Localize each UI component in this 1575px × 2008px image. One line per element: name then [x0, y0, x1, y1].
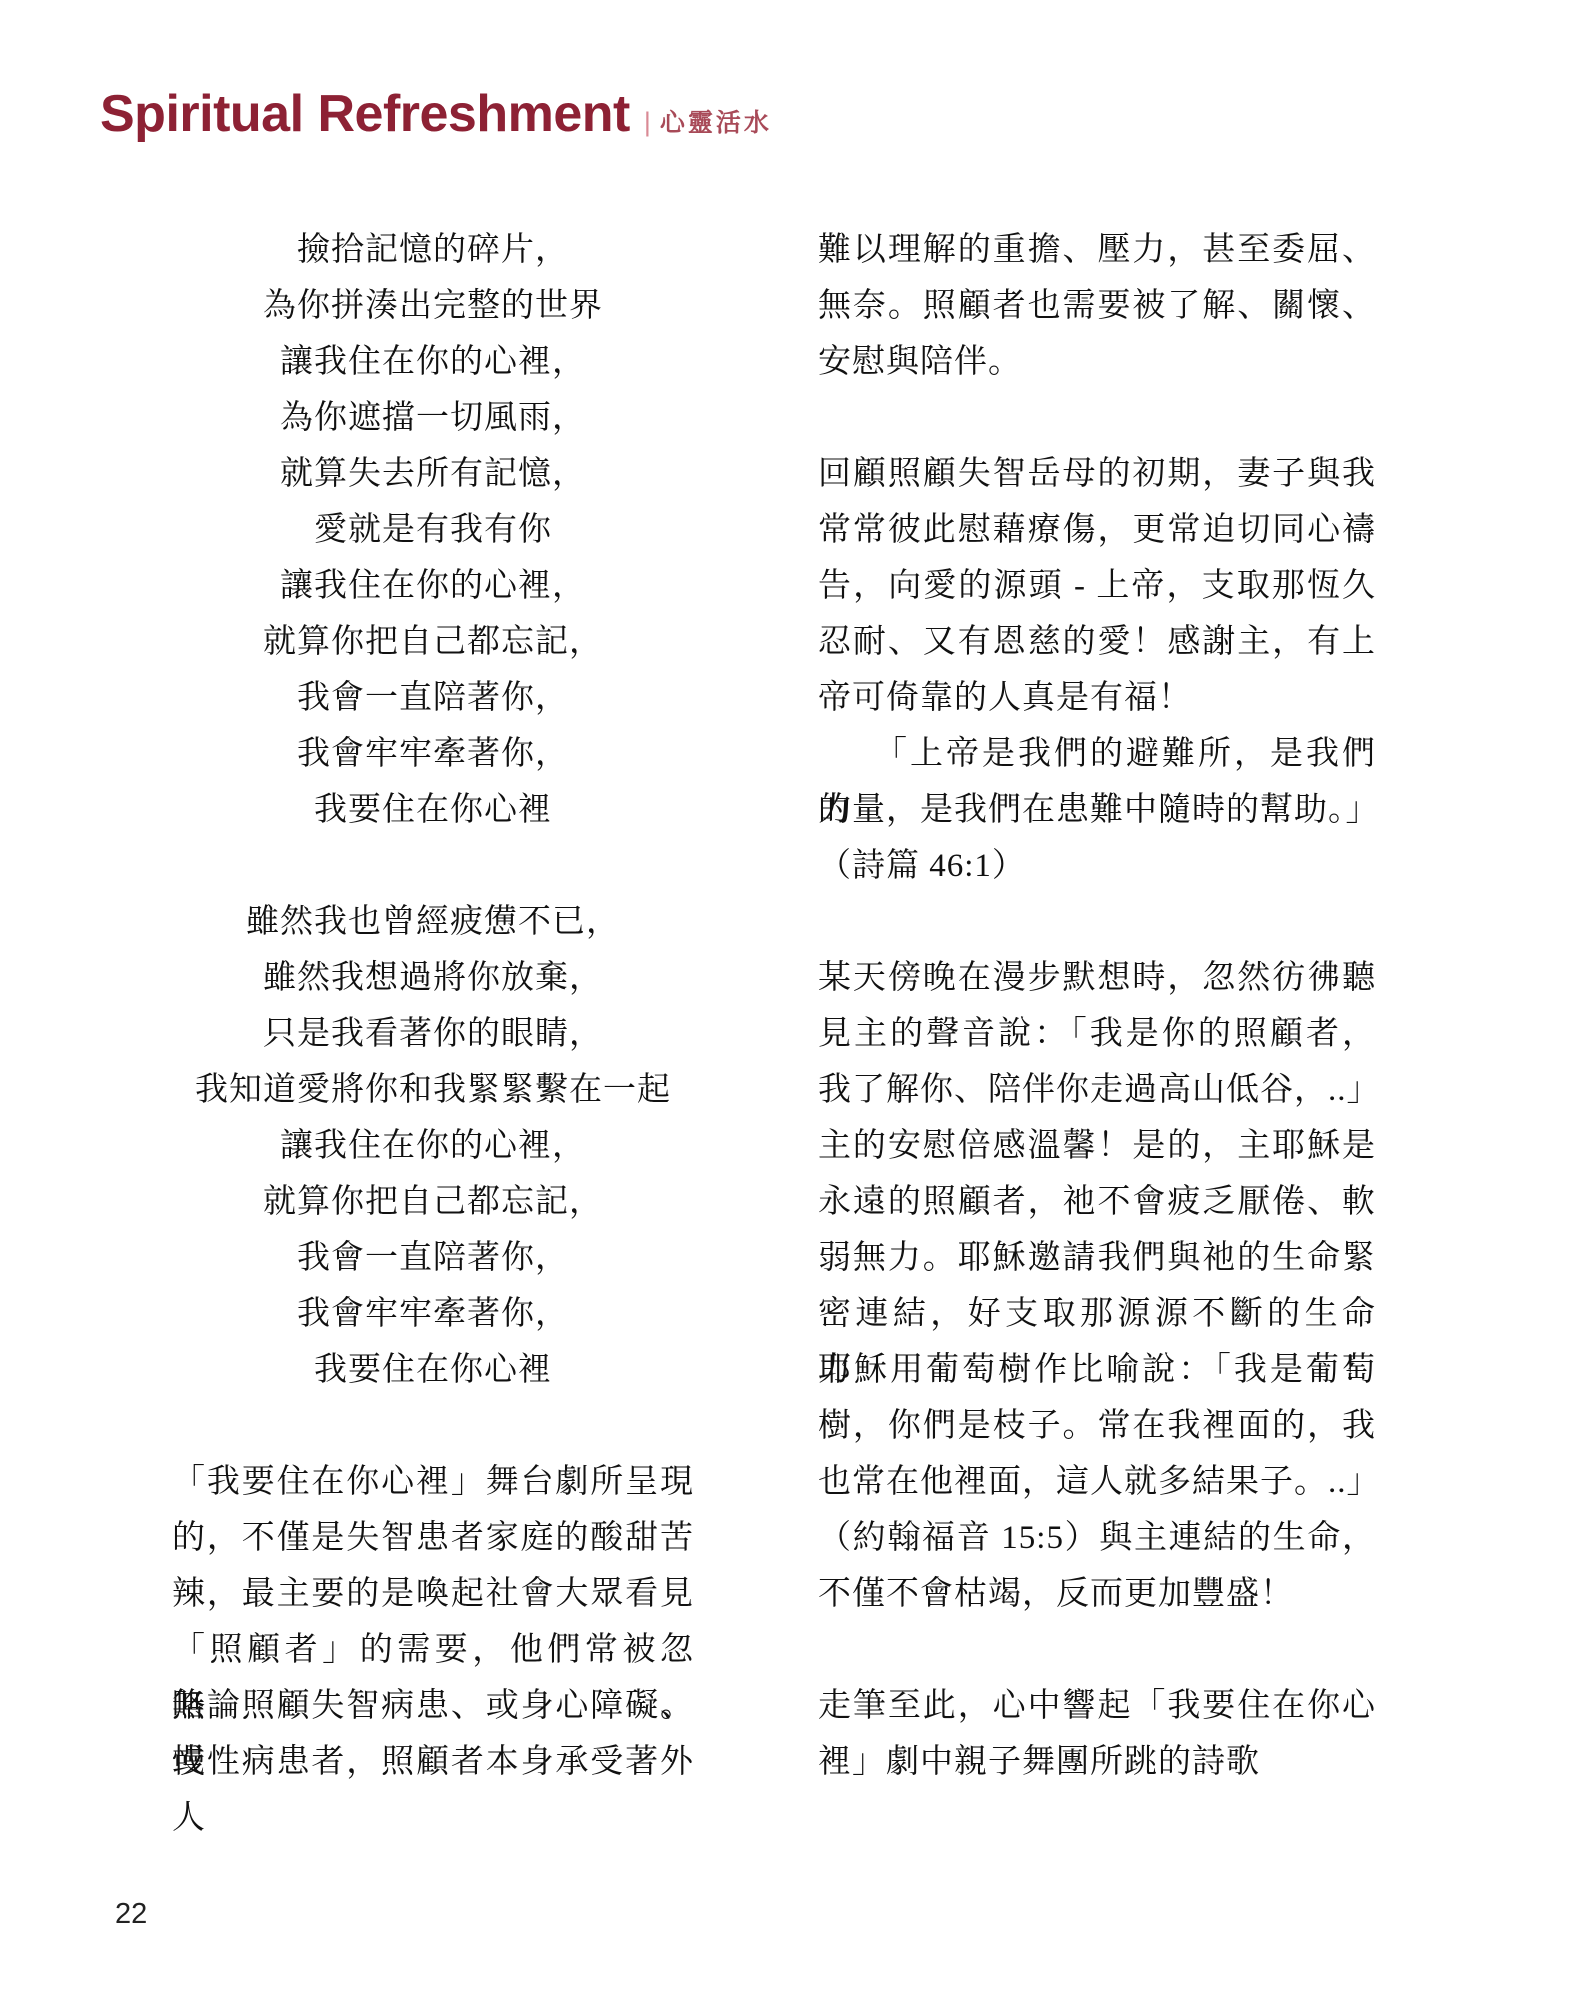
text-line: 我會一直陪著你， — [172, 670, 694, 726]
text-line: 安慰與陪伴。 — [818, 334, 1376, 390]
magazine-page: Spiritual Refreshment | 心靈活水 撿拾記憶的碎片，為你拼… — [0, 0, 1575, 2008]
text-line: 帝可倚靠的人真是有福！ — [818, 670, 1376, 726]
text-line: 回顧照顧失智岳母的初期，妻子與我 — [818, 446, 1376, 502]
text-line: 就算你把自己都忘記， — [172, 614, 694, 670]
text-line: 就算失去所有記憶， — [172, 446, 694, 502]
text-line: 無論照顧失智病患、或身心障礙、或 — [172, 1678, 694, 1734]
text-line: 耶穌用葡萄樹作比喻說：「我是葡萄 — [818, 1342, 1376, 1398]
text-line: 就算你把自己都忘記， — [172, 1174, 694, 1230]
text-line: 辣，最主要的是喚起社會大眾看見 — [172, 1566, 694, 1622]
text-line: 我知道愛將你和我緊緊繫在一起 — [172, 1062, 694, 1118]
text-line: 走筆至此，心中響起「我要住在你心 — [818, 1678, 1376, 1734]
text-line: 我了解你、陪伴你走過高山低谷，..」 — [818, 1062, 1376, 1118]
text-line: 的，不僅是失智患者家庭的酸甜苦 — [172, 1510, 694, 1566]
text-line: 只是我看著你的眼睛， — [172, 1006, 694, 1062]
text-line: 裡」劇中親子舞團所跳的詩歌 — [818, 1734, 1376, 1790]
text-line: （約翰福音 15:5）與主連結的生命， — [818, 1510, 1376, 1566]
text-line: （詩篇 46:1） — [818, 838, 1376, 894]
text-line: 雖然我也曾經疲憊不已， — [172, 894, 694, 950]
text-line: 愛就是有我有你 — [172, 502, 694, 558]
text-line: 「我要住在你心裡」舞台劇所呈現 — [172, 1454, 694, 1510]
text-line — [818, 1622, 1376, 1678]
text-line: 弱無力。耶穌邀請我們與祂的生命緊 — [818, 1230, 1376, 1286]
text-line: 見主的聲音說：「我是你的照顧者， — [818, 1006, 1376, 1062]
text-line: 無奈。照顧者也需要被了解、關懷、 — [818, 278, 1376, 334]
page-header: Spiritual Refreshment | 心靈活水 — [100, 84, 772, 144]
text-line: 主的安慰倍感溫馨！是的，主耶穌是 — [818, 1118, 1376, 1174]
right-column: 難以理解的重擔、壓力，甚至委屈、無奈。照顧者也需要被了解、關懷、安慰與陪伴。回顧… — [818, 222, 1376, 1790]
header-divider: | — [644, 107, 651, 138]
text-line: 讓我住在你的心裡， — [172, 1118, 694, 1174]
text-line: 常常彼此慰藉療傷，更常迫切同心禱 — [818, 502, 1376, 558]
text-line — [818, 390, 1376, 446]
text-line: 也常在他裡面，這人就多結果子。..」 — [818, 1454, 1376, 1510]
header-subtitle: 心靈活水 — [660, 103, 772, 139]
text-line: 告，向愛的源頭 - 上帝，支取那恆久 — [818, 558, 1376, 614]
text-line: 我要住在你心裡 — [172, 782, 694, 838]
text-line: 難以理解的重擔、壓力，甚至委屈、 — [818, 222, 1376, 278]
text-line: 「上帝是我們的避難所，是我們的 — [818, 726, 1376, 782]
text-line — [172, 1398, 694, 1454]
text-line: 樹，你們是枝子。常在我裡面的，我 — [818, 1398, 1376, 1454]
text-line: 力量，是我們在患難中隨時的幫助。」 — [818, 782, 1376, 838]
text-line: 我會一直陪著你， — [172, 1230, 694, 1286]
page-number: 22 — [115, 1898, 147, 1931]
text-line: 我要住在你心裡 — [172, 1342, 694, 1398]
text-line: 永遠的照顧者，祂不會疲乏厭倦、軟 — [818, 1174, 1376, 1230]
text-line: 雖然我想過將你放棄， — [172, 950, 694, 1006]
text-line — [172, 838, 694, 894]
page-title: Spiritual Refreshment — [100, 84, 630, 144]
text-line: 撿拾記憶的碎片， — [172, 222, 694, 278]
text-line: 不僅不會枯竭，反而更加豐盛！ — [818, 1566, 1376, 1622]
text-line: 密連結，好支取那源源不斷的生命力！ — [818, 1286, 1376, 1342]
text-line: 某天傍晚在漫步默想時，忽然彷彿聽 — [818, 950, 1376, 1006]
text-line: 為你遮擋一切風雨， — [172, 390, 694, 446]
text-line: 忍耐、又有恩慈的愛！感謝主，有上 — [818, 614, 1376, 670]
text-line: 讓我住在你的心裡， — [172, 558, 694, 614]
left-column: 撿拾記憶的碎片，為你拼湊出完整的世界讓我住在你的心裡，為你遮擋一切風雨，就算失去… — [172, 222, 694, 1790]
text-line: 我會牢牢牽著你， — [172, 726, 694, 782]
text-line — [818, 894, 1376, 950]
text-line: 「照顧者」的需要，他們常被忽略。 — [172, 1622, 694, 1678]
text-line: 讓我住在你的心裡， — [172, 334, 694, 390]
text-line: 我會牢牢牽著你， — [172, 1286, 694, 1342]
text-line: 為你拼湊出完整的世界 — [172, 278, 694, 334]
text-line: 慢性病患者，照顧者本身承受著外人 — [172, 1734, 694, 1790]
